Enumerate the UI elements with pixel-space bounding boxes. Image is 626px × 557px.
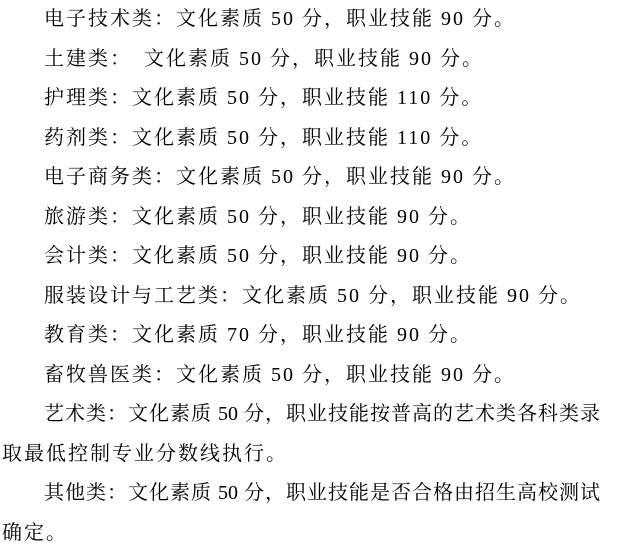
paragraph-electronic-technology: 电子技术类：文化素质 50 分，职业技能 90 分。 xyxy=(2,0,600,40)
paragraph-nursing: 护理类：文化素质 50 分，职业技能 110 分。 xyxy=(2,79,600,119)
paragraph-civil-construction: 土建类： 文化素质 50 分，职业技能 90 分。 xyxy=(2,40,600,80)
paragraph-other-line-1: 其他类：文化素质 50 分，职业技能是否合格由招生高校测试 xyxy=(2,474,600,514)
paragraph-tourism: 旅游类：文化素质 50 分，职业技能 90 分。 xyxy=(2,198,600,238)
paragraph-animal-husbandry: 畜牧兽医类：文化素质 50 分，职业技能 90 分。 xyxy=(2,356,600,396)
paragraph-arts-line-2: 取最低控制专业分数线执行。 xyxy=(2,435,600,475)
paragraph-arts-line-1: 艺术类：文化素质 50 分，职业技能按普高的艺术类各科类录 xyxy=(2,395,600,435)
paragraph-education: 教育类：文化素质 70 分，职业技能 90 分。 xyxy=(2,316,600,356)
paragraph-ecommerce: 电子商务类：文化素质 50 分，职业技能 90 分。 xyxy=(2,158,600,198)
paragraph-fashion-design: 服装设计与工艺类：文化素质 50 分，职业技能 90 分。 xyxy=(2,277,600,317)
paragraph-accounting: 会计类：文化素质 50 分，职业技能 90 分。 xyxy=(2,237,600,277)
paragraph-other-line-2: 确定。 xyxy=(2,514,600,554)
paragraph-pharmacy: 药剂类：文化素质 50 分，职业技能 110 分。 xyxy=(2,119,600,159)
document-page: 电子技术类：文化素质 50 分，职业技能 90 分。 土建类： 文化素质 50 … xyxy=(0,0,626,557)
